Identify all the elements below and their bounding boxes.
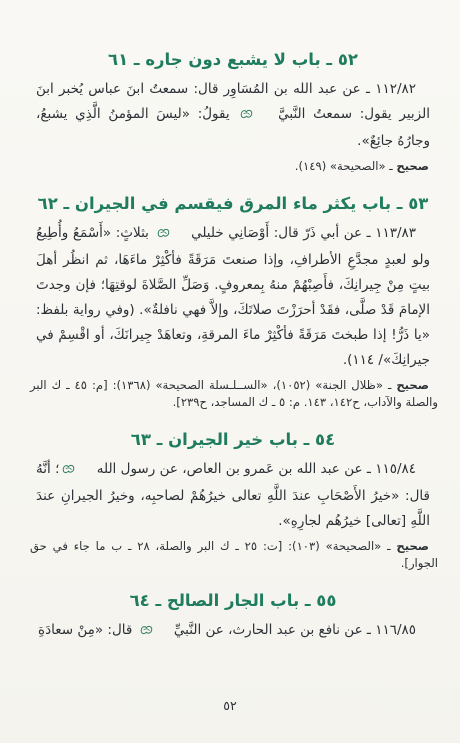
- hadith-number: ١١٢/٨٢: [375, 81, 416, 97]
- chapter-section-55: ٥٥ ـ باب الجار الصالح ـ ٦٤ ١١٦/٨٥ ـ عن ن…: [36, 591, 430, 645]
- hadith-text-before: ـ عن أبي ذَرّ قال: أَوْصَانِي خليلي: [187, 225, 376, 241]
- chapter-heading: ٥٢ ـ باب لا يشبع دون جاره ـ ٦١: [36, 50, 430, 69]
- reference-text: ـ «الصحيحة» (١٠٣): [ت: ٢٥ ـ ك البر والصل…: [30, 539, 438, 571]
- grade-label: صحيح: [396, 159, 429, 173]
- reference-text: ـ «ظلال الجنة» (١٠٥٢)، «الســلـسلة الصحي…: [30, 378, 438, 410]
- saw-honorific-icon: [156, 223, 185, 248]
- grade-label: صحيح: [396, 378, 429, 392]
- chapter-heading: ٥٥ ـ باب الجار الصالح ـ ٦٤: [36, 591, 430, 610]
- hadith-text-after: قال: «مِنْ سعادَةِ: [38, 622, 137, 638]
- page-number: ٥٢: [0, 698, 460, 713]
- takhrij-line: صحيح ـ «ظلال الجنة» (١٠٥٢)، «الســلـسلة …: [30, 377, 438, 412]
- hadith-text-before: ـ عن عبد الله بن عَمرو بن العاص، عن رسول…: [92, 461, 375, 477]
- chapter-heading: ٥٤ ـ باب خير الجيران ـ ٦٣: [36, 430, 430, 449]
- saw-honorific-icon: [239, 104, 268, 129]
- chapter-section-52: ٥٢ ـ باب لا يشبع دون جاره ـ ٦١ ١١٢/٨٢ ـ …: [36, 50, 430, 176]
- saw-honorific-icon: [139, 620, 168, 645]
- hadith-paragraph: ١١٦/٨٥ ـ عن نافع بن عبد الحارث، عن النَّ…: [36, 618, 430, 645]
- chapter-heading: ٥٣ ـ باب يكثر ماء المرق فيقسم في الجيران…: [36, 194, 430, 213]
- hadith-number: ١١٥/٨٤: [375, 461, 416, 477]
- hadith-text-after: بثلاثٍ: «أَسْمَعُ وأُطِيعُ ولو لعبدٍ مجد…: [36, 225, 430, 368]
- saw-honorific-icon: [61, 459, 90, 484]
- chapter-section-54: ٥٤ ـ باب خير الجيران ـ ٦٣ ١١٥/٨٤ ـ عن عب…: [36, 430, 430, 573]
- chapter-section-53: ٥٣ ـ باب يكثر ماء المرق فيقسم في الجيران…: [36, 194, 430, 412]
- takhrij-line: صحيح ـ «الصحيحة» (١٠٣): [ت: ٢٥ ـ ك البر …: [30, 538, 438, 573]
- book-page: ٥٢ ـ باب لا يشبع دون جاره ـ ٦١ ١١٢/٨٢ ـ …: [0, 0, 460, 743]
- page-content: ٥٢ ـ باب لا يشبع دون جاره ـ ٦١ ١١٢/٨٢ ـ …: [0, 0, 460, 645]
- hadith-paragraph: ١١٥/٨٤ ـ عن عبد الله بن عَمرو بن العاص، …: [36, 457, 430, 534]
- hadith-paragraph: ١١٣/٨٣ ـ عن أبي ذَرّ قال: أَوْصَانِي خلي…: [36, 221, 430, 373]
- grade-label: صحيح: [396, 539, 429, 553]
- hadith-text-before: ـ عن نافع بن عبد الحارث، عن النَّبيِّ: [170, 622, 376, 638]
- takhrij-line: صحيح ـ «الصحيحة» (١٤٩).: [30, 158, 438, 176]
- hadith-number: ١١٣/٨٣: [375, 225, 416, 241]
- hadith-number: ١١٦/٨٥: [375, 622, 416, 638]
- hadith-paragraph: ١١٢/٨٢ ـ عن عبد الله بن المُسَاوِر قال: …: [36, 77, 430, 154]
- reference-text: ـ «الصحيحة» (١٤٩).: [295, 159, 393, 173]
